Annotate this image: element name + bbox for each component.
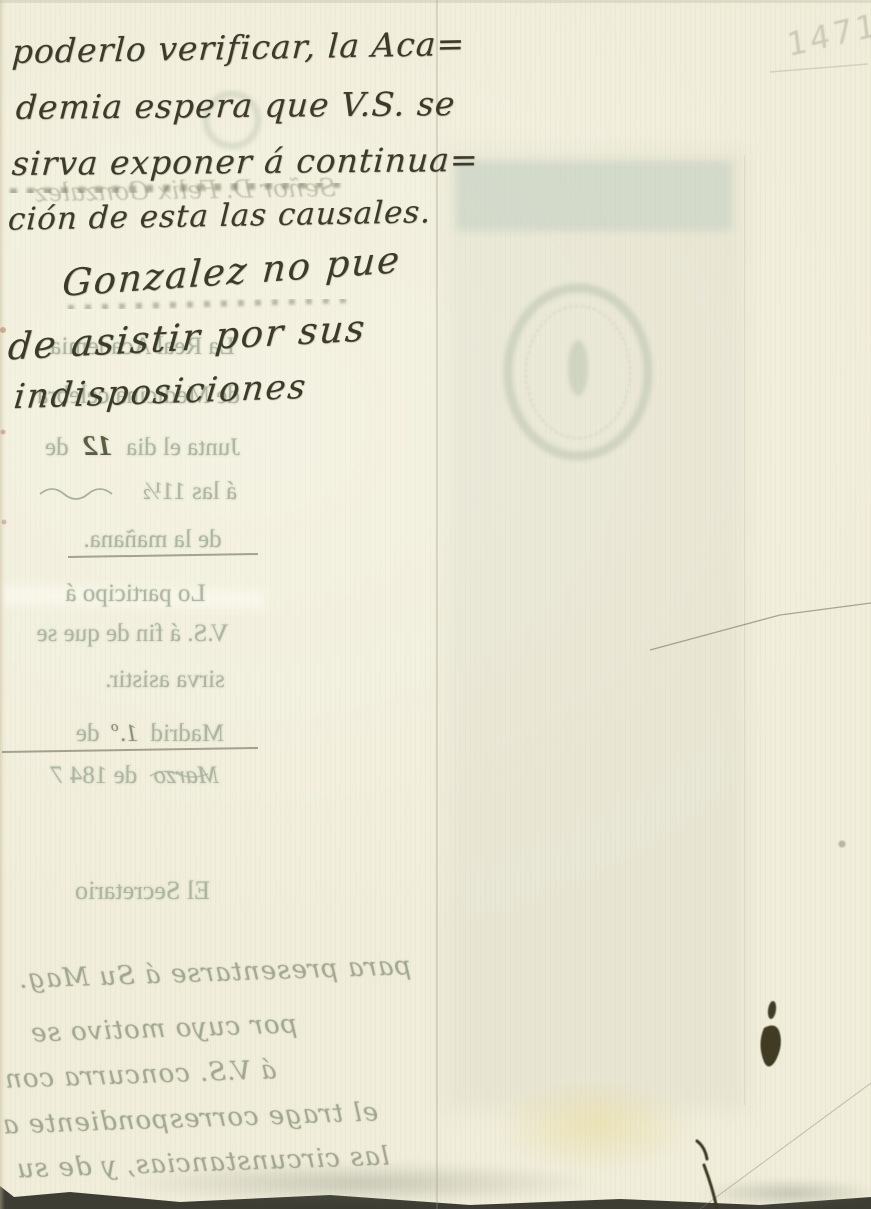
junta-post: de [45,434,69,461]
document-scan: Señor D. Felix Gonzalez La Real Academia… [0,0,871,1209]
bleed-print-line: Junta el dia 12 de [20,430,265,463]
handwriting-line: poderlo verificar, la Aca= [11,24,466,71]
junta-day-inked: 12 [83,430,112,462]
fecha-pre: Madrid [151,720,225,747]
fecha-year: de 184 [70,762,137,789]
bleed-print-line: de la mañana. [45,526,260,554]
fecha-mid: de [76,720,100,747]
bleed-print-line: V.S. á fin de que se [5,620,260,648]
fecha-year-digit: 7 [51,762,64,789]
bleed-print-line: Marzo de 184 7 [20,762,250,790]
handwriting-line: ción de esta las causales. [7,194,432,237]
fecha-month-inked: Marzo [154,762,219,789]
bleed-print-line: Lo participo á [18,580,253,608]
bleed-print-secretario: El Secretario [45,876,240,906]
fecha-day-inked: 1.º [112,720,139,747]
handwriting-line: sirva exponer á continua= [11,140,480,183]
bleed-print-line: sirva asistir. [70,666,260,694]
handwriting-line: demia espera que V.S. se [15,84,457,127]
bleed-print-line: Madrid 1.º de [40,720,260,748]
junta-pre: Junta el dia [126,434,240,461]
bleed-print-line: á las 11½ [115,478,265,506]
